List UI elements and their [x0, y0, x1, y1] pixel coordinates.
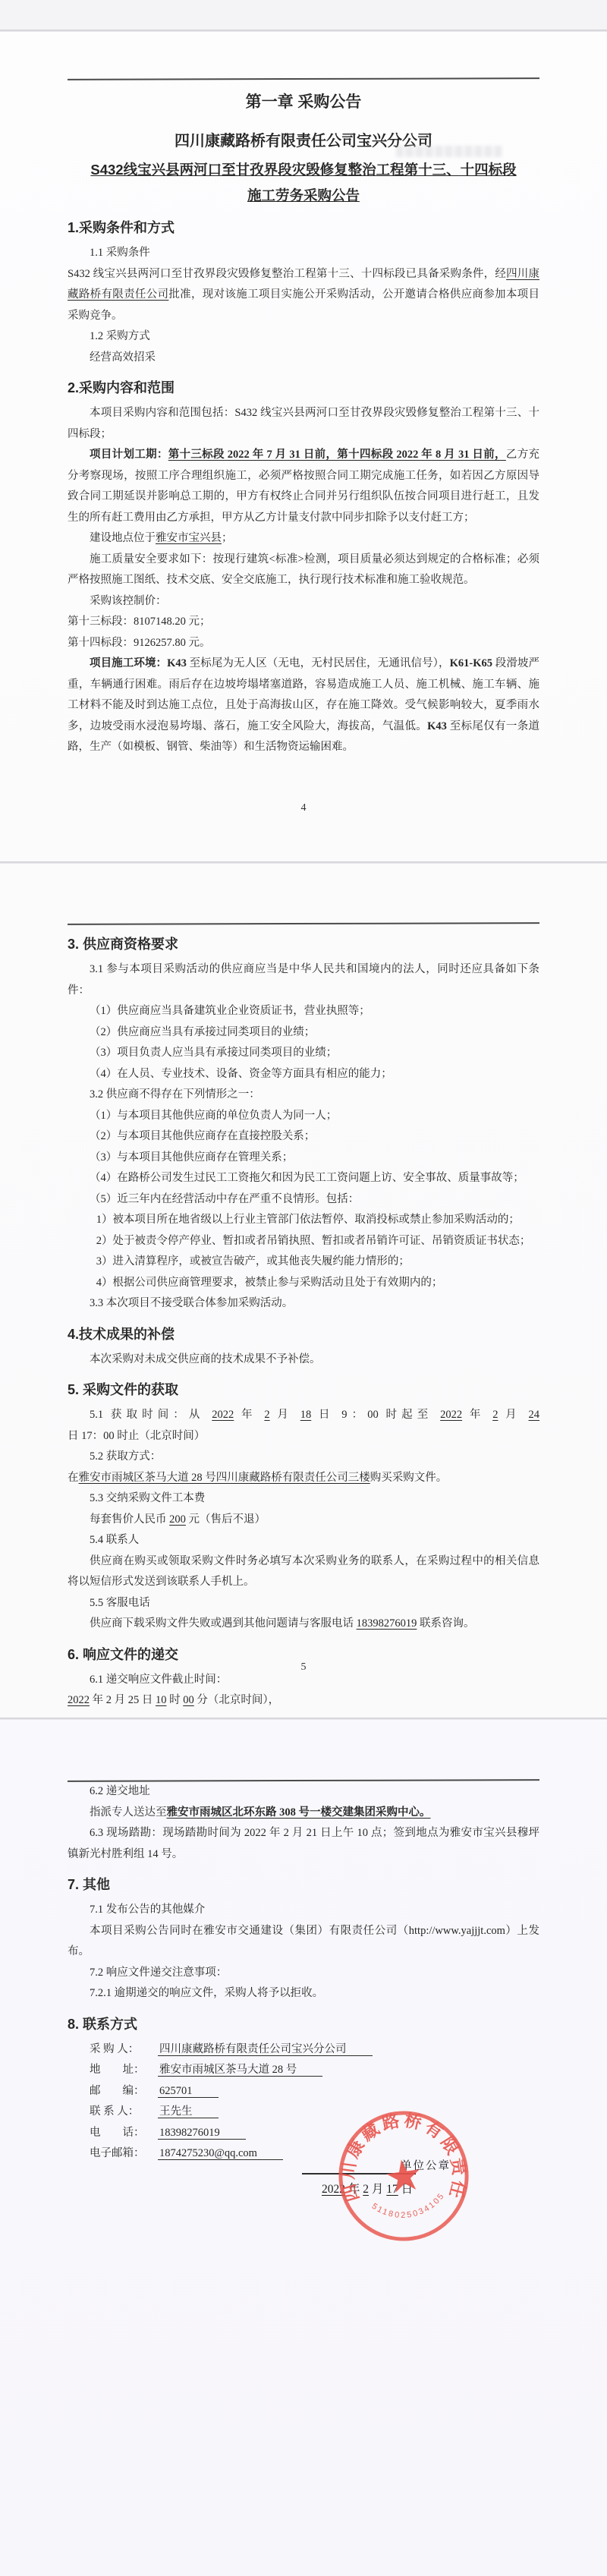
text-run: 元（售后不退） — [186, 1513, 266, 1526]
paragraph: 施工质量安全要求如下：按现行建筑<标准>检测，项目质量必须达到规定的合格标准；必… — [68, 550, 539, 591]
text-run: 第十四标段：9126257.80 元。 — [68, 637, 211, 649]
text-run: 日 9：00 时起至 — [311, 1409, 440, 1421]
price-lot-14: 第十四标段：9126257.80 元。 — [68, 633, 539, 654]
text-run: （4）在路桥公司发生过民工工资拖欠和因为民工工资问题上访、安全事故、质量事故等； — [90, 1172, 524, 1184]
text-run: 1.2 采购方式 — [90, 330, 150, 342]
text-run: 6.1 递交响应文件截止时间： — [90, 1674, 227, 1686]
item-7-1: 7.1 发布公告的其他媒介 — [68, 1900, 539, 1921]
page-1: 第一章 采购公告四川康藏路桥有限责任公司宝兴分公司S432线宝兴县两河口至甘孜界… — [0, 32, 607, 861]
text-run: 24 — [529, 1409, 540, 1421]
text-run: 采购该控制价： — [90, 595, 167, 607]
list-item: （4）在路桥公司发生过民工工资拖欠和因为民工工资问题上访、安全事故、质量事故等； — [68, 1168, 539, 1189]
text-run: 施工质量安全要求如下：按现行建筑<标准>检测，项目质量必须达到规定的合格标准；必… — [68, 553, 539, 587]
text-run: 3.2 供应商不得存在下列情形之一： — [90, 1088, 260, 1101]
seal-placeholder-label: 单位公章 — [401, 2157, 451, 2173]
paragraph: 供应商在购买或领取采购文件时务必填写本次采购业务的联系人，在采购过程中的相关信息… — [68, 1551, 539, 1593]
text-run: 3）进入清算程序，或被宣告破产，或其他丧失履约能力情形的； — [96, 1255, 410, 1268]
header-rule — [68, 922, 539, 925]
text-run: 200 — [169, 1513, 186, 1526]
text-run: 项目施工环境： — [90, 657, 167, 669]
text-run: 3.3 本次项目不接受联合体参加采购活动。 — [90, 1297, 293, 1309]
contact-label: 地 址： — [90, 2060, 158, 2081]
text-run: 日 — [398, 2183, 413, 2196]
scan-artifact — [396, 146, 502, 157]
contact-label: 采 购 人： — [90, 2039, 158, 2061]
text-run: 2022 — [212, 1409, 234, 1421]
item-5-2: 5.2 获取方式： — [68, 1447, 539, 1468]
item-3-3: 3.3 本次项目不接受联合体参加采购活动。 — [68, 1293, 539, 1315]
paragraph: 在雅安市雨城区茶马大道 28 号四川康藏路桥有限责任公司三楼购买采购文件。 — [68, 1468, 539, 1489]
page-3-content: 6.2 递交地址指派专人送达至雅安市雨城区北环东路 308 号一楼交建集团采购中… — [68, 1781, 539, 2165]
contact-address: 地 址：雅安市雨城区茶马大道 28 号 — [68, 2060, 539, 2081]
page-number: 4 — [0, 802, 607, 814]
text-run: 供应商下载采购文件失败或遇到其他问题请与客服电话 — [90, 1617, 357, 1630]
paragraph: 项目施工环境：K43 至标尾为无人区（无电，无村民居住，无通讯信号），K61-K… — [68, 653, 539, 758]
text-run: 年 — [345, 2183, 363, 2196]
contact-value: 1874275230@qq.com — [158, 2147, 283, 2160]
sub-list-item: 2）处于被责令停产停业、暂扣或者吊销执照、暂扣或者吊销许可证、吊销资质证书状态； — [68, 1231, 539, 1252]
list-item: （4）在人员、专业技术、设备、资金等方面具有相应的能力； — [68, 1064, 539, 1085]
contact-value: 王先生 — [158, 2105, 219, 2118]
item-5-5: 5.5 客服电话 — [68, 1593, 539, 1614]
contact-value: 18398276019 — [158, 2127, 246, 2140]
text-run: 雅安市雨城区北环东路 308 号一楼交建集团采购中心。 — [167, 1806, 431, 1819]
text-run: 供应商在购买或领取采购文件时务必填写本次采购业务的联系人，在采购过程中的相关信息… — [68, 1555, 539, 1589]
item-7-2-1: 7.2.1 逾期递交的响应文件，采购人将予以拒收。 — [68, 1983, 539, 2004]
sub-list-item: 3）进入清算程序，或被宣告破产，或其他丧失履约能力情形的； — [68, 1252, 539, 1273]
text-run: 18 — [300, 1409, 312, 1421]
text-run: （4）在人员、专业技术、设备、资金等方面具有相应的能力； — [90, 1068, 392, 1080]
text-run: 本项目采购内容和范围包括：S432 线宝兴县两河口至甘孜界段灾毁修复整治工程第十… — [68, 407, 539, 440]
price-lot-13: 第十三标段：8107148.20 元； — [68, 612, 539, 633]
text-run: 本项目采购公告同时在雅安市交通建设（集团）有限责任公司（http://www.y… — [68, 1925, 539, 1958]
text-run: K43 — [427, 720, 447, 732]
page-1-content: 第一章 采购公告四川康藏路桥有限责任公司宝兴分公司S432线宝兴县两河口至甘孜界… — [68, 91, 539, 758]
item-7-2: 7.2 响应文件递交注意事项： — [68, 1963, 539, 1984]
text-run: （2）与本项目其他供应商存在直接控股关系； — [90, 1130, 315, 1142]
signature-line — [302, 2173, 416, 2174]
paragraph: S432 线宝兴县两河口至甘孜界段灾毁修复整治工程第十三、十四标段已具备采购条件… — [68, 264, 539, 327]
text-run: 1.采购条件和方式 — [68, 220, 175, 235]
item-6-3: 6.3 现场踏勘：现场踏勘时间为 2022 年 2 月 21 日上午 10 点；… — [68, 1823, 539, 1865]
text-run: 7.2 响应文件递交注意事项： — [90, 1967, 227, 1979]
list-item: （2）供应商应当具有承接过同类项目的业绩； — [68, 1022, 539, 1044]
page-3: 6.2 递交地址指派专人送达至雅安市雨城区北环东路 308 号一楼交建集团采购中… — [0, 1720, 607, 2576]
list-item: （1）供应商应当具备建筑业企业资质证书，营业执照等； — [68, 1001, 539, 1022]
list-item: （2）与本项目其他供应商存在直接控股关系； — [68, 1126, 539, 1148]
text-run: 2）处于被责令停产停业、暂扣或者吊销执照、暂扣或者吊销许可证、吊销资质证书状态； — [96, 1235, 531, 1247]
paragraph: 每套售价人民币 200 元（售后不退） — [68, 1510, 539, 1531]
header-rule — [68, 77, 539, 80]
contact-phone: 电 话：18398276019 — [68, 2123, 539, 2144]
text-run: 4.技术成果的补偿 — [68, 1327, 175, 1342]
heading-2: 2.采购内容和范围 — [68, 378, 539, 398]
chapter-title: 第一章 采购公告 — [68, 91, 539, 114]
paragraph: 供应商下载采购文件失败或遇到其他问题请与客服电话 18398276019 联系咨… — [68, 1614, 539, 1635]
paragraph: 建设地点位于雅安市宝兴县； — [68, 528, 539, 550]
contact-postcode: 邮 编：625701 — [68, 2081, 539, 2102]
text-run: 1.1 采购条件 — [90, 247, 150, 259]
text-run: （1）与本项目其他供应商的单位负责人为同一人； — [90, 1110, 337, 1122]
text-run: 日 17：00 时止（北京时间） — [68, 1430, 205, 1442]
text-run: K61-K65 — [450, 657, 492, 669]
text-run: 6.3 现场踏勘：现场踏勘时间为 2022 年 2 月 21 日上午 10 点；… — [68, 1827, 539, 1860]
text-run: 时 — [167, 1694, 184, 1706]
text-run: 2 — [264, 1409, 269, 1421]
page-number: 5 — [0, 1661, 607, 1674]
text-run: 本次采购对未成交供应商的技术成果不予补偿。 — [90, 1353, 321, 1365]
paragraph: 项目计划工期：第十三标段 2022 年 7 月 31 日前，第十四标段 2022… — [68, 445, 539, 528]
text-run: 分（北京时间）， — [194, 1694, 279, 1706]
text-run: 5.1 获取时间：从 — [90, 1409, 212, 1421]
sub-list-item: 4）根据公司供应商管理要求，被禁止参与采购活动且处于有效期内的； — [68, 1273, 539, 1294]
text-run: 经营高效招采 — [90, 351, 156, 364]
text-run: 购买采购文件。 — [370, 1472, 448, 1484]
heading-4: 4.技术成果的补偿 — [68, 1324, 539, 1344]
item-5-1: 5.1 获取时间：从 2022 年 2 月 18 日 9：00 时起至 2022… — [68, 1405, 539, 1447]
text-run: 18398276019 — [357, 1617, 417, 1630]
text-run: 7.1 发布公告的其他媒介 — [90, 1904, 205, 1916]
text-run: K43 — [167, 657, 187, 669]
text-run: 年 — [462, 1409, 492, 1421]
page-2-content: 3. 供应商资格要求3.1 参与本项目采购活动的供应商应当是中华人民共和国境内的… — [68, 934, 539, 1712]
heading-8: 8. 联系方式 — [68, 2014, 539, 2034]
text-run: 联系咨询。 — [417, 1617, 474, 1630]
text-run: 6.2 递交地址 — [90, 1785, 150, 1797]
text-run: 月 — [270, 1409, 300, 1421]
text-run: 每套售价人民币 — [90, 1513, 169, 1526]
text-run: 00 — [183, 1694, 194, 1706]
heading-5: 5. 采购文件的获取 — [68, 1380, 539, 1400]
contact-label: 联 系 人： — [90, 2102, 158, 2123]
text-run: （3）与本项目其他供应商存在管理关系； — [90, 1151, 293, 1164]
text-run: 月 — [498, 1409, 528, 1421]
text-run: 2022 — [440, 1409, 462, 1421]
text-run: 3. 供应商资格要求 — [68, 937, 178, 952]
text-run: 1）被本项目所在地省级以上行业主管部门依法暂停、取消投标或禁止参加采购活动的； — [96, 1214, 520, 1226]
paragraph: 采购该控制价： — [68, 591, 539, 613]
contact-value: 四川康藏路桥有限责任公司宝兴分公司 — [158, 2043, 373, 2056]
text-run: 4）根据公司供应商管理要求，被禁止参与采购活动且处于有效期内的； — [96, 1277, 443, 1289]
contact-value: 雅安市雨城区茶马大道 28 号 — [158, 2064, 322, 2077]
page-2: 3. 供应商资格要求3.1 参与本项目采购活动的供应商应当是中华人民共和国境内的… — [0, 864, 607, 1718]
text-run: 在 — [68, 1472, 79, 1484]
heading-7: 7. 其他 — [68, 1875, 539, 1894]
text-run: 3.1 参与本项目采购活动的供应商应当是中华人民共和国境内的法人，同时还应具备如… — [68, 963, 539, 997]
paragraph: 本项目采购公告同时在雅安市交通建设（集团）有限责任公司（http://www.y… — [68, 1921, 539, 1963]
text-run: 6. 响应文件的递交 — [68, 1647, 178, 1662]
text-run: 5.4 联系人 — [90, 1534, 139, 1546]
list-item: （3）项目负责人应当具有承接过同类项目的业绩； — [68, 1043, 539, 1064]
paragraph: 经营高效招采 — [68, 348, 539, 369]
item-5-3: 5.3 交纳采购文件工本费 — [68, 1488, 539, 1510]
list-item: （5）近三年内在经营活动中存在严重不良情形。包括： — [68, 1189, 539, 1211]
text-run: 10 — [156, 1694, 167, 1706]
document-scan: { "document": { "colors": {"stamp_red": … — [0, 0, 607, 2576]
contact-person: 联 系 人：王先生 — [68, 2102, 539, 2123]
deadline-line: 2022 年 2 月 25 日 10 时 00 分（北京时间）， — [68, 1690, 539, 1712]
text-run: 年 — [234, 1409, 264, 1421]
list-item: （1）与本项目其他供应商的单位负责人为同一人； — [68, 1106, 539, 1127]
item-5-4: 5.4 联系人 — [68, 1530, 539, 1551]
text-run: 17 — [386, 2183, 398, 2196]
text-run: 7. 其他 — [68, 1877, 110, 1892]
heading-1: 1.采购条件和方式 — [68, 218, 539, 238]
item-6-2: 6.2 递交地址 — [68, 1781, 539, 1803]
text-run: 8. 联系方式 — [68, 2017, 137, 2032]
heading-3: 3. 供应商资格要求 — [68, 934, 539, 954]
contact-value: 625701 — [158, 2085, 219, 2098]
project-title: S432线宝兴县两河口至甘孜界段灾毁修复整治工程第十三、十四标段 — [68, 158, 539, 182]
text-run: ； — [222, 532, 233, 544]
text-run: 雅安市宝兴县 — [156, 532, 222, 544]
text-run: （2）供应商应当具有承接过同类项目的业绩； — [90, 1026, 315, 1038]
paragraph: 指派专人送达至雅安市雨城区北环东路 308 号一楼交建集团采购中心。 — [68, 1803, 539, 1824]
item-1-2: 1.2 采购方式 — [68, 326, 539, 348]
text-run: S432线宝兴县两河口至甘孜界段灾毁修复整治工程第十三、十四标段 — [90, 162, 516, 178]
list-item: （3）与本项目其他供应商存在管理关系； — [68, 1148, 539, 1169]
contact-label: 电 话： — [90, 2123, 158, 2144]
text-run: 项目计划工期： — [90, 449, 168, 461]
text-run: 7.2.1 逾期递交的响应文件，采购人将予以拒收。 — [90, 1987, 323, 1999]
text-run: 建设地点位于 — [90, 532, 156, 544]
text-run: 5. 采购文件的获取 — [68, 1382, 178, 1397]
text-run: 5.2 获取方式： — [90, 1450, 161, 1463]
text-run: 指派专人送达至 — [90, 1806, 167, 1819]
text-run: 第十三标段：8107148.20 元； — [68, 616, 211, 628]
text-run: 年 2 月 25 日 — [90, 1694, 156, 1706]
text-run: （5）近三年内在经营活动中存在严重不良情形。包括： — [90, 1193, 359, 1205]
text-run: 至标尾为无人区（无电，无村民居住，无通讯信号）， — [187, 657, 450, 669]
text-run: 四川康藏路桥有限责任公司宝兴分公司 — [175, 133, 432, 150]
contact-label: 电子邮箱： — [90, 2143, 158, 2165]
signature-date: 2022 年 2 月 17 日 — [322, 2180, 413, 2197]
item-1-1: 1.1 采购条件 — [68, 243, 539, 264]
text-run: 2022 — [322, 2183, 345, 2196]
contact-purchaser: 采 购 人：四川康藏路桥有限责任公司宝兴分公司 — [68, 2039, 539, 2061]
contact-email: 电子邮箱：1874275230@qq.com — [68, 2143, 539, 2165]
sub-list-item: 1）被本项目所在地省级以上行业主管部门依法暂停、取消投标或禁止参加采购活动的； — [68, 1210, 539, 1231]
text-run: 5.5 客服电话 — [90, 1597, 150, 1609]
item-3-1: 3.1 参与本项目采购活动的供应商应当是中华人民共和国境内的法人，同时还应具备如… — [68, 959, 539, 1001]
doc-subtitle: 施工劳务采购公告 — [68, 184, 539, 208]
contact-label: 邮 编： — [90, 2081, 158, 2102]
text-run: 2.采购内容和范围 — [68, 380, 175, 395]
text-run: 5.3 交纳采购文件工本费 — [90, 1492, 205, 1504]
paragraph: 本项目采购内容和范围包括：S432 线宝兴县两河口至甘孜界段灾毁修复整治工程第十… — [68, 403, 539, 445]
text-run: 月 — [369, 2183, 386, 2196]
paragraph: 本次采购对未成交供应商的技术成果不予补偿。 — [68, 1349, 539, 1371]
text-run: 第十三标段 2022 年 7 月 31 日前，第十四标段 2022 年 8 月 … — [168, 449, 506, 461]
text-run: 2 — [363, 2183, 369, 2196]
item-3-2: 3.2 供应商不得存在下列情形之一： — [68, 1085, 539, 1106]
text-run: 2022 — [68, 1694, 90, 1706]
text-run: （1）供应商应当具备建筑业企业资质证书，营业执照等； — [90, 1005, 370, 1017]
text-run: S432 线宝兴县两河口至甘孜界段灾毁修复整治工程第十三、十四标段已具备采购条件… — [68, 268, 506, 280]
text-run: 第一章 采购公告 — [246, 93, 362, 111]
text-run: （3）项目负责人应当具有承接过同类项目的业绩； — [90, 1047, 337, 1059]
text-run: 雅安市雨城区茶马大道 28 号四川康藏路桥有限责任公司三楼 — [79, 1472, 370, 1484]
text-run: 施工劳务采购公告 — [247, 187, 360, 203]
